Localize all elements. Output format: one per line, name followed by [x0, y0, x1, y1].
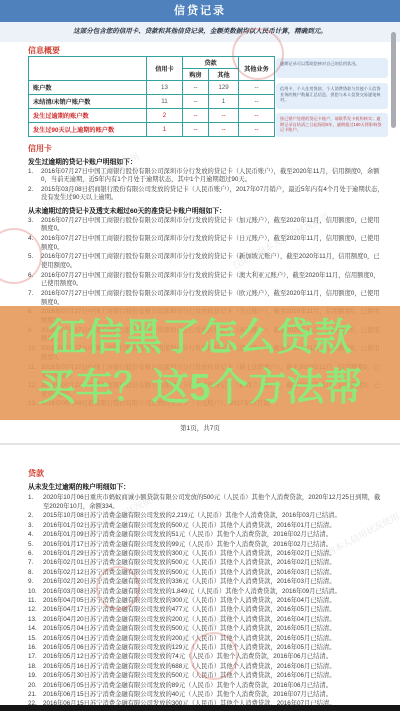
cell: --: [209, 109, 239, 123]
cell: --: [239, 123, 275, 137]
col-loan-other: 其他: [209, 69, 239, 81]
list-item: 2015年03月08日招商银行股份有限公司发放的贷记卡（人民币账户），2017年…: [28, 186, 385, 203]
list-item: 2016年06月05日苏宁消费金融有限公司发放的89元（人民币）其他个人消费贷款…: [28, 681, 385, 690]
row-label: 发生过逾期的账户数: [29, 109, 147, 123]
list-item: 2016年05月16日苏宁消费金融有限公司发放的688元（人民币）其他个人消费贷…: [28, 662, 385, 671]
cell: 11: [147, 95, 183, 109]
summary-section-label: 信息概要: [28, 45, 60, 56]
list-item: 2016年05月06日苏宁消费金融有限公司发放的129元（人民币）其他个人消费贷…: [28, 643, 385, 652]
page-indicator: 第1页，共7页: [0, 423, 400, 432]
list-item: 2016年05月12日苏宁消费金融有限公司发放的74元（人民币）其他个人消费贷款…: [28, 652, 385, 661]
list-item: 2016年07月27日中国工商银行股份有限公司深圳市分行发放的贷记卡（欧元账户）…: [28, 290, 385, 307]
list-item: 2016年07月27日中国工商银行股份有限公司深圳市分行发放的贷记卡（加元账户）…: [28, 217, 385, 234]
table-row-overdue-accounts: 发生过逾期的账户数 2 -- -- --: [29, 109, 275, 123]
cell: --: [183, 123, 209, 137]
list-item: 2016年07月27日中国工商银行股份有限公司深圳市分行发放的贷记卡（新加坡元账…: [28, 253, 385, 270]
loan-section-label: 贷款: [28, 468, 385, 479]
summary-table: 信用卡 贷款 其他业务 购房 其他 账户数 13 -- 129 -- 未结清/未…: [28, 56, 275, 137]
credit-card-section-label: 信用卡: [28, 143, 385, 154]
cell: 129: [209, 81, 239, 95]
list-item: 2016年01月17日苏宁消费金融有限公司发放的99元（人民币）其他个人消费贷款…: [28, 540, 385, 549]
cell: --: [183, 81, 209, 95]
list-item: 2016年07月27日中国工商银行股份有限公司深圳市分行发放的贷记卡（人民币账户…: [28, 168, 385, 185]
overdue-cards-heading: 发生过逾期的贷记卡账户明细如下：: [28, 156, 385, 166]
list-item: 2016年01月29日苏宁消费金融有限公司发放的300元（人民币）其他个人消费贷…: [28, 549, 385, 558]
col-credit-card: 信用卡: [147, 57, 183, 81]
row-label: 未结清/未销户账户数: [29, 95, 147, 109]
ad-overlay-text-line2: 买车？这5个方法帮: [0, 364, 400, 412]
list-item: 2016年04月20日苏宁消费金融有限公司发放的200元（人民币）其他个人消费贷…: [28, 615, 385, 624]
col-loan: 贷款: [183, 57, 239, 69]
summary-table-header-row: 信用卡 贷款 其他业务: [29, 57, 275, 69]
section-header-credit-records: 信贷记录: [0, 0, 400, 22]
list-item: 2016年04月17日苏宁消费金融有限公司发放的477元（人民币）其他个人消费贷…: [28, 605, 385, 614]
bottom-cutoff-bar: [0, 705, 400, 711]
scrollbar-thumb[interactable]: [391, 32, 396, 128]
notice-text: 这部分包含您的信用卡、贷款和其他信贷记录，金额类数据均以人民币计算，精确到元。: [0, 22, 400, 42]
cell: --: [209, 123, 239, 137]
cell: --: [239, 95, 275, 109]
cell: 1: [209, 95, 239, 109]
loan-heading: 从未发生过逾期的账户明细如下：: [28, 481, 385, 491]
list-item: 2016年02月20日苏宁消费金融有限公司发放的336元（人民币）其他个人消费贷…: [28, 577, 385, 586]
cell: --: [183, 95, 209, 109]
list-item: 2016年04月05日苏宁消费金融有限公司发放的300元（人民币）其他个人消费贷…: [28, 596, 385, 605]
annotation-note-1: 逾期记录可以帮助您核对自己的信用状况。: [276, 58, 388, 78]
list-item: 2016年05月04日苏宁消费金融有限公司发放的200元（人民币）其他个人消费贷…: [28, 634, 385, 643]
ad-overlay[interactable]: 征信黑了怎么贷款 买车？这5个方法帮: [0, 306, 400, 420]
annotation-note-2: 信用卡、个人住房贷款、个人消费贷款与其他个人信贷业务的账户数量汇总信息，供您与本…: [276, 83, 388, 109]
list-item: 2016年05月04日苏宁消费金融有限公司发放的500元（人民币）其他个人消费贷…: [28, 624, 385, 633]
overdue-cards-list: 2016年07月27日中国工商银行股份有限公司深圳市分行发放的贷记卡（人民币账户…: [28, 168, 385, 204]
list-item: 2016年07月27日中国工商银行股份有限公司深圳市分行发放的贷记卡（日元账户）…: [28, 235, 385, 252]
cell: 2: [147, 109, 183, 123]
list-item: 2016年05月30日苏宁消费金融有限公司发放的500元（人民币）其他个人消费贷…: [28, 671, 385, 680]
cell: 1: [147, 123, 183, 137]
blank-header-cell: [29, 57, 147, 81]
list-item: 2016年03月08日苏宁消费金融有限公司发放的1,849元（人民币）其他个人消…: [28, 587, 385, 596]
list-item: 2016年02月12日苏宁消费金融有限公司发放的500元（人民币）其他个人消费贷…: [28, 568, 385, 577]
col-other-business: 其他业务: [239, 57, 275, 81]
list-item: 2016年06月15日苏宁消费金融有限公司发放的40元（人民币）其他个人消费贷款…: [28, 690, 385, 699]
cell: 13: [147, 81, 183, 95]
table-row-accounts: 账户数 13 -- 129 --: [29, 81, 275, 95]
table-row-overdue-90days-accounts: 发生过90天以上逾期的账户数 1 -- -- --: [29, 123, 275, 137]
annotation-note-3: 按已销户处理的贷记卡账户，请联系发卡机构核实；逾期记录自结清之日起保留5年，逾期…: [276, 113, 388, 137]
list-item: 2020年10月06日重庆市蚂蚁商诚小额贷款有限公司发放的500元（人民币）其他…: [28, 493, 385, 512]
loan-list: 2020年10月06日重庆市蚂蚁商诚小额贷款有限公司发放的500元（人民币）其他…: [28, 493, 385, 709]
table-row-open-accounts: 未结清/未销户账户数 11 -- 1 --: [29, 95, 275, 109]
ad-overlay-text-line1: 征信黑了怎么贷款: [0, 314, 400, 362]
page-divider: [0, 443, 400, 445]
cell: --: [183, 109, 209, 123]
list-item: 2016年07月27日中国工商银行股份有限公司深圳市分行发放的贷记卡（澳大利亚元…: [28, 272, 385, 289]
cell: --: [239, 81, 275, 95]
cell: --: [239, 109, 275, 123]
list-item: 2015年10月08日苏宁消费金融有限公司发放的2,219元（人民币）其他个人消…: [28, 511, 385, 520]
row-label: 账户数: [29, 81, 147, 95]
row-label: 发生过90天以上逾期的账户数: [29, 123, 147, 137]
loan-section: 贷款 从未发生过逾期的账户明细如下： 2020年10月06日重庆市蚂蚁商诚小额贷…: [28, 468, 385, 709]
col-loan-housing: 购房: [183, 69, 209, 81]
list-item: 2016年01月09日苏宁消费金融有限公司发放的51元（人民币）其他个人消费贷款…: [28, 530, 385, 539]
list-item: 2016年02月01日苏宁消费金融有限公司发放的500元（人民币）其他个人消费贷…: [28, 558, 385, 567]
list-item: 2016年01月02日苏宁消费金融有限公司发放的500元（人民币）其他个人消费贷…: [28, 521, 385, 530]
never-overdue-cards-heading: 从未逾期过的贷记卡及透支未超过60天的准贷记卡账户明细如下：: [28, 205, 385, 215]
